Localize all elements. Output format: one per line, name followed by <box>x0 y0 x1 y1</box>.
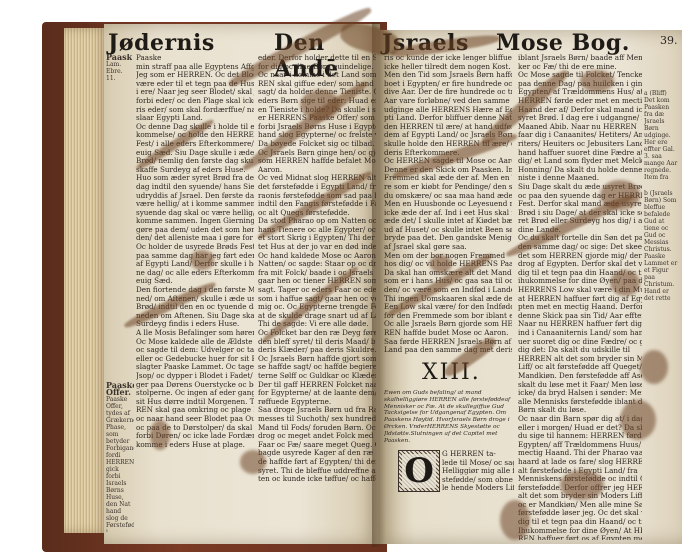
text-line: udginge alle HERRENS Hære af Egy- <box>384 106 512 115</box>
opening-line: lede til Mose/ oc sagde: <box>442 459 514 468</box>
text-line: Honning/ Da skalt du holde denne Tie- <box>518 166 642 175</box>
margin-note-text: Paaske Offer, tydes af Grækerne Phase, s… <box>106 396 134 532</box>
text-line: ind i Canaaniternis Land/ som hand haff- <box>518 329 642 338</box>
text-line: riters/ Heuiters oc Jebusiters Land/ som <box>518 140 642 149</box>
text-line: mectig Haand. Thi der Pharao vaar <box>518 449 642 458</box>
margin-note: Paaske Offer. Paaske Offer, tydes af Græ… <box>106 382 134 532</box>
text-line: gøre paa dem/ uden det som hører til Ma- <box>136 226 254 235</box>
margin-note-text: b (Jsraels Børn) Som bleffue befalede Gu… <box>644 190 677 300</box>
text-line: Oc naar i komme i det Land som HER- <box>258 71 376 80</box>
text-line: bagde usyrede Kager af den ræ Deyg som <box>258 449 376 458</box>
running-head-right: Mose Bog. <box>496 30 630 56</box>
text-line: re som er kiøbt for Pendinge/ den skal <box>384 183 512 192</box>
text-line: Saa droge Jsraels Børn ud fra Ra- <box>258 406 376 415</box>
text-line: det som HERREN gjorde mig/ der jeg <box>518 252 642 261</box>
text-line: denne Skick paa sin Tid/ Aar effter Aar. <box>518 312 642 321</box>
text-line: Egypten/ aff Trældommens Huus/ met <box>518 441 642 450</box>
text-line: du omskære/ oc saa maa hand æde der af. <box>384 192 512 201</box>
text-line: ger paa Dørens Ouerstycke oc begge Dør- <box>136 381 254 390</box>
text-line: min straff paa alle Egyptens Affguder/ <box>136 63 254 72</box>
text-line: Natten/ oc sagde: Staar op oc drager ud <box>258 260 376 269</box>
text-line: førstefødde løser jeg. Oc det skal være <box>518 509 642 518</box>
text-line: Fest/ i alle eders Efterkommere/ til en <box>136 140 254 149</box>
text-line: iblant Jsraels Børn/ baade aff Mennis- <box>518 54 642 63</box>
opening-line: Helliggiør mig alle før- <box>442 467 514 476</box>
text-line: Liff/ oc alt førstefødde aff Queget/ som… <box>518 363 642 372</box>
text-line: som HERREN haffde befalet Mose oc <box>258 157 376 166</box>
text-line: syret. Thi de bleffue uddreffne af Egyp- <box>258 467 376 476</box>
text-line: for Egypterne/ at de laante dem/ oc de <box>258 389 376 398</box>
text-line: uer suoret dig oc dine Fædre/ oc giffuet <box>518 338 642 347</box>
margin-note: a (Bliff) Det kom Paasken fra dæ Jsraels… <box>644 90 678 180</box>
text-line: Oc hand kaldede Mose oc Aaron om <box>258 252 376 261</box>
text-line: Mand til Fods/ foruden Børn. Oc der <box>258 424 376 433</box>
text-line: euig Sæd. <box>136 277 254 286</box>
page-edges <box>64 28 108 533</box>
text-line: terne Sølff oc Guldkar oc Klæder. <box>258 372 376 381</box>
text-line: være hellig/ at i komme sammen/ oc den <box>136 200 254 209</box>
text-line: icke æde der af. Ind i eet Hus skal mand <box>384 209 512 218</box>
text-line: Men den Tid som Jsraels Børn haffde <box>384 71 512 80</box>
text-line: af Jsrael skal gøre saa. <box>384 243 512 252</box>
text-line: dig/ et Land som flyder met Melck oc <box>518 157 642 166</box>
chapter-opening: G HERREN ta-lede til Mose/ oc sagde:Hell… <box>442 450 514 498</box>
text-line: REN haffde budet Mose oc Aaron. <box>384 329 512 338</box>
text-line: bryde paa det. Den gandske Menighed <box>384 234 512 243</box>
text-line: hand haffuer suoret dine Fædre at giffue <box>518 149 642 158</box>
margin-note: Paaske Lam. Ebre. 11. <box>106 54 132 114</box>
page-number: 39. <box>660 34 678 47</box>
text-line: drog oc meget andet Folck med dem/ oc <box>258 432 376 441</box>
text-line: icke/ da bryd Halsen i sønder: Men <box>518 389 642 398</box>
text-line: æde det/ I skulle intet af Kiødet bære <box>384 217 512 226</box>
text-line: Naar nu HERREN haffuer ført dig <box>518 320 642 329</box>
text-line: i ere/ Naar jeg seer Blodet/ skal jeg ga… <box>136 88 254 97</box>
text-line: Jsop/ oc dypper i Blodet i Fadet/ oc str… <box>136 372 254 381</box>
margin-note-text: Lam. Ebre. 11. <box>106 61 123 82</box>
text-line: dive Aar. Der de fire hundrede oc trediv… <box>384 88 512 97</box>
text-line: A lle Mosis Befalinger som hører til Paa… <box>136 329 254 338</box>
text-line: udryddis af Jsrael. Den første dag skal <box>136 192 254 201</box>
text-line: at de skulde drage snart ud af Landet. <box>258 312 376 321</box>
text-line: haard at lade os fare/ slog HERREN <box>518 458 642 467</box>
text-line: syret Brød. I dag ere i udgangne/ i den <box>518 114 642 123</box>
text-line: Paaske <box>136 54 254 63</box>
margin-note-heading: Paaske Offer. <box>106 382 134 396</box>
text-line: ud af Huset/ oc skulle intet Been sønder… <box>384 226 512 235</box>
text-line: Surdeyg findis i eders Huse. <box>136 320 254 329</box>
text-line: skaffe Surdeyg af eders Huse. <box>136 166 254 175</box>
margin-note-text: a (Bliff) Det kom Paasken fra dæ Jsraels… <box>644 90 677 180</box>
text-line: pten met en mectig Haand. Derfor holt <box>518 303 642 312</box>
text-column-b: iblant Jsraels Børn/ baade aff Mennis-ke… <box>518 54 642 540</box>
text-line: se haffde sagt/ oc haffde begieret af Eg… <box>258 363 376 372</box>
text-line: icke heller tilredt dem nogen Kost. <box>384 63 512 72</box>
opening-line: le hende Moders Liff <box>442 484 514 493</box>
text-line: REN skal gaa omkring oc plage Egypten/ <box>136 406 254 415</box>
text-line: boet i Egypten/ er fire hundrede oc tre- <box>384 80 512 89</box>
text-line: Aar vare forløbne/ ved den samme Dag <box>384 97 512 106</box>
text-line: HERREN alt det som bryder sin Moders <box>518 355 642 364</box>
text-line: de haffde ført af Egypten/ thi den var i… <box>258 458 376 467</box>
text-line: den bleff syret/ til deris Maad/ bunden … <box>258 338 376 347</box>
text-line: Oc Mose kaldede alle de Ældste i Jsrael/ <box>136 338 254 347</box>
text-line: forbi eder/ oc den Plage skal icke veder… <box>136 97 254 106</box>
running-head-left: Jødernis <box>108 30 215 56</box>
text-line: alle Mennisks førstefødde iblant dine <box>518 398 642 407</box>
text-line: for den Fremmede som bor iblant eder. <box>384 312 512 321</box>
text-line: sit Hus dørre indtil Morgenen. Thi HER- <box>136 398 254 407</box>
text-line: ris eder/ som skal fordærffue/ naar jeg <box>136 106 254 115</box>
text-line: slagter Paaske Lammet. Oc tager et Knip <box>136 363 254 372</box>
text-line: Ihukommelse for dine Øyen/ At HER- <box>518 527 642 536</box>
text-line: røffuede Egypterne. <box>258 398 376 407</box>
text-line: Mandkiøn. Den førstefødde aff Asen <box>518 372 642 381</box>
text-line: ker oc Fæ/ thi de ere mine. <box>518 63 642 72</box>
summary-line: helliggiøre HERREN alle førstefødde <box>396 397 505 403</box>
text-line: du sige til hannem: HERREN førde os aff <box>518 432 642 441</box>
text-line: pti Land. Derfor bliffuer denne Nat hol- <box>384 114 512 123</box>
text-line: syuende dag skal oc være hellig/ at i <box>136 209 254 218</box>
book-gutter <box>372 22 386 547</box>
text-line: Oc alle Jsraels Børn gjorde som HER- <box>384 320 512 329</box>
text-line: ten oc kunde icke tøffue/ oc haffde icke <box>258 475 376 484</box>
text-line: deris Klæder/ paa deris Skuldre. <box>258 346 376 355</box>
text-line: dig til et tegn paa din Haand/ oc til en <box>518 518 642 527</box>
margin-note-heading: Paaske <box>106 54 132 61</box>
text-line: skalt du løse met it Faar/ Men løser du … <box>518 381 642 390</box>
text-line: drog af Egypten. Derfor skal det være <box>518 260 642 269</box>
chapter-summary: Ewen om Guds befaling/ at mand skalhelli… <box>384 390 514 448</box>
text-line: fra mit Folck/ baade i oc Jsraels Børn/ <box>258 269 376 278</box>
text-line: Oc Jsraels Børn haffde gjort som Mo- <box>258 355 376 364</box>
text-line: stolperne. Oc ingen af eder gange ud af <box>136 389 254 398</box>
text-line: Maaned Abib. Naar nu HERREN <box>518 123 642 132</box>
text-line: dag indtil den syuende/ hans Siel skal <box>136 183 254 192</box>
text-line: Der til gaff HERREN Folcket naade <box>258 381 376 390</box>
text-line: ne dag/ oc alle eders Efterkommere/ til <box>136 269 254 278</box>
text-line: Aaron. <box>258 166 376 175</box>
text-line: dig det: Da skalt du udskille til <box>518 346 642 355</box>
margin-note: b (Jsraels Børn) Som bleffue befalede Gu… <box>644 190 678 300</box>
decorated-initial: O <box>398 450 440 492</box>
text-line: Haand der af/ Derfor skal mand icke æde <box>518 106 642 115</box>
text-line: eller oc Gedebucke huer for sit Hus/ oc <box>136 355 254 364</box>
text-line: et stort Skrig i Egypten/ Thi der var in… <box>258 234 376 243</box>
opening-line: stefødde/ som obne al- <box>442 476 514 485</box>
initial-letter: O <box>402 454 436 488</box>
text-line: tet Hus at der jo var en død inde. <box>258 243 376 252</box>
text-line: oc er Mandkiøn/ Men alle mine Sønners <box>518 501 642 510</box>
opening-line: G HERREN ta- <box>442 450 514 459</box>
text-line: messes til Suchoth/ sex hundrede tusinde <box>258 415 376 424</box>
text-line: faar dig i Canaanites/ Hetiters/ Amo- <box>518 131 642 140</box>
text-line: den/ oc være som en Indfød i Landet. <box>384 286 512 295</box>
text-line: den/ det alleniste maa i gøre for eder. <box>136 234 254 243</box>
text-line: Huo som æder syret Brød fra den første <box>136 174 254 183</box>
text-line: REN haffuer ført os af Egypten met <box>518 535 642 540</box>
text-line: gaar hen oc tiener HERREN som i haffue <box>258 277 376 286</box>
text-line: oc alt Quegs førstefødde. <box>258 209 376 218</box>
text-line: Faar oc Fæ/ saare meget Queg. Oc de <box>258 441 376 450</box>
text-line: Men en Huusbonde oc Leyesuend maa <box>384 200 512 209</box>
text-line: komme sammen. Ingen Gierning skulle i <box>136 217 254 226</box>
text-line: oc sagde til dem: Udvelger oc tager Faar <box>136 346 254 355</box>
text-line: slaar Egypti Land. <box>136 114 254 123</box>
text-line: dine Lande. <box>518 226 642 235</box>
